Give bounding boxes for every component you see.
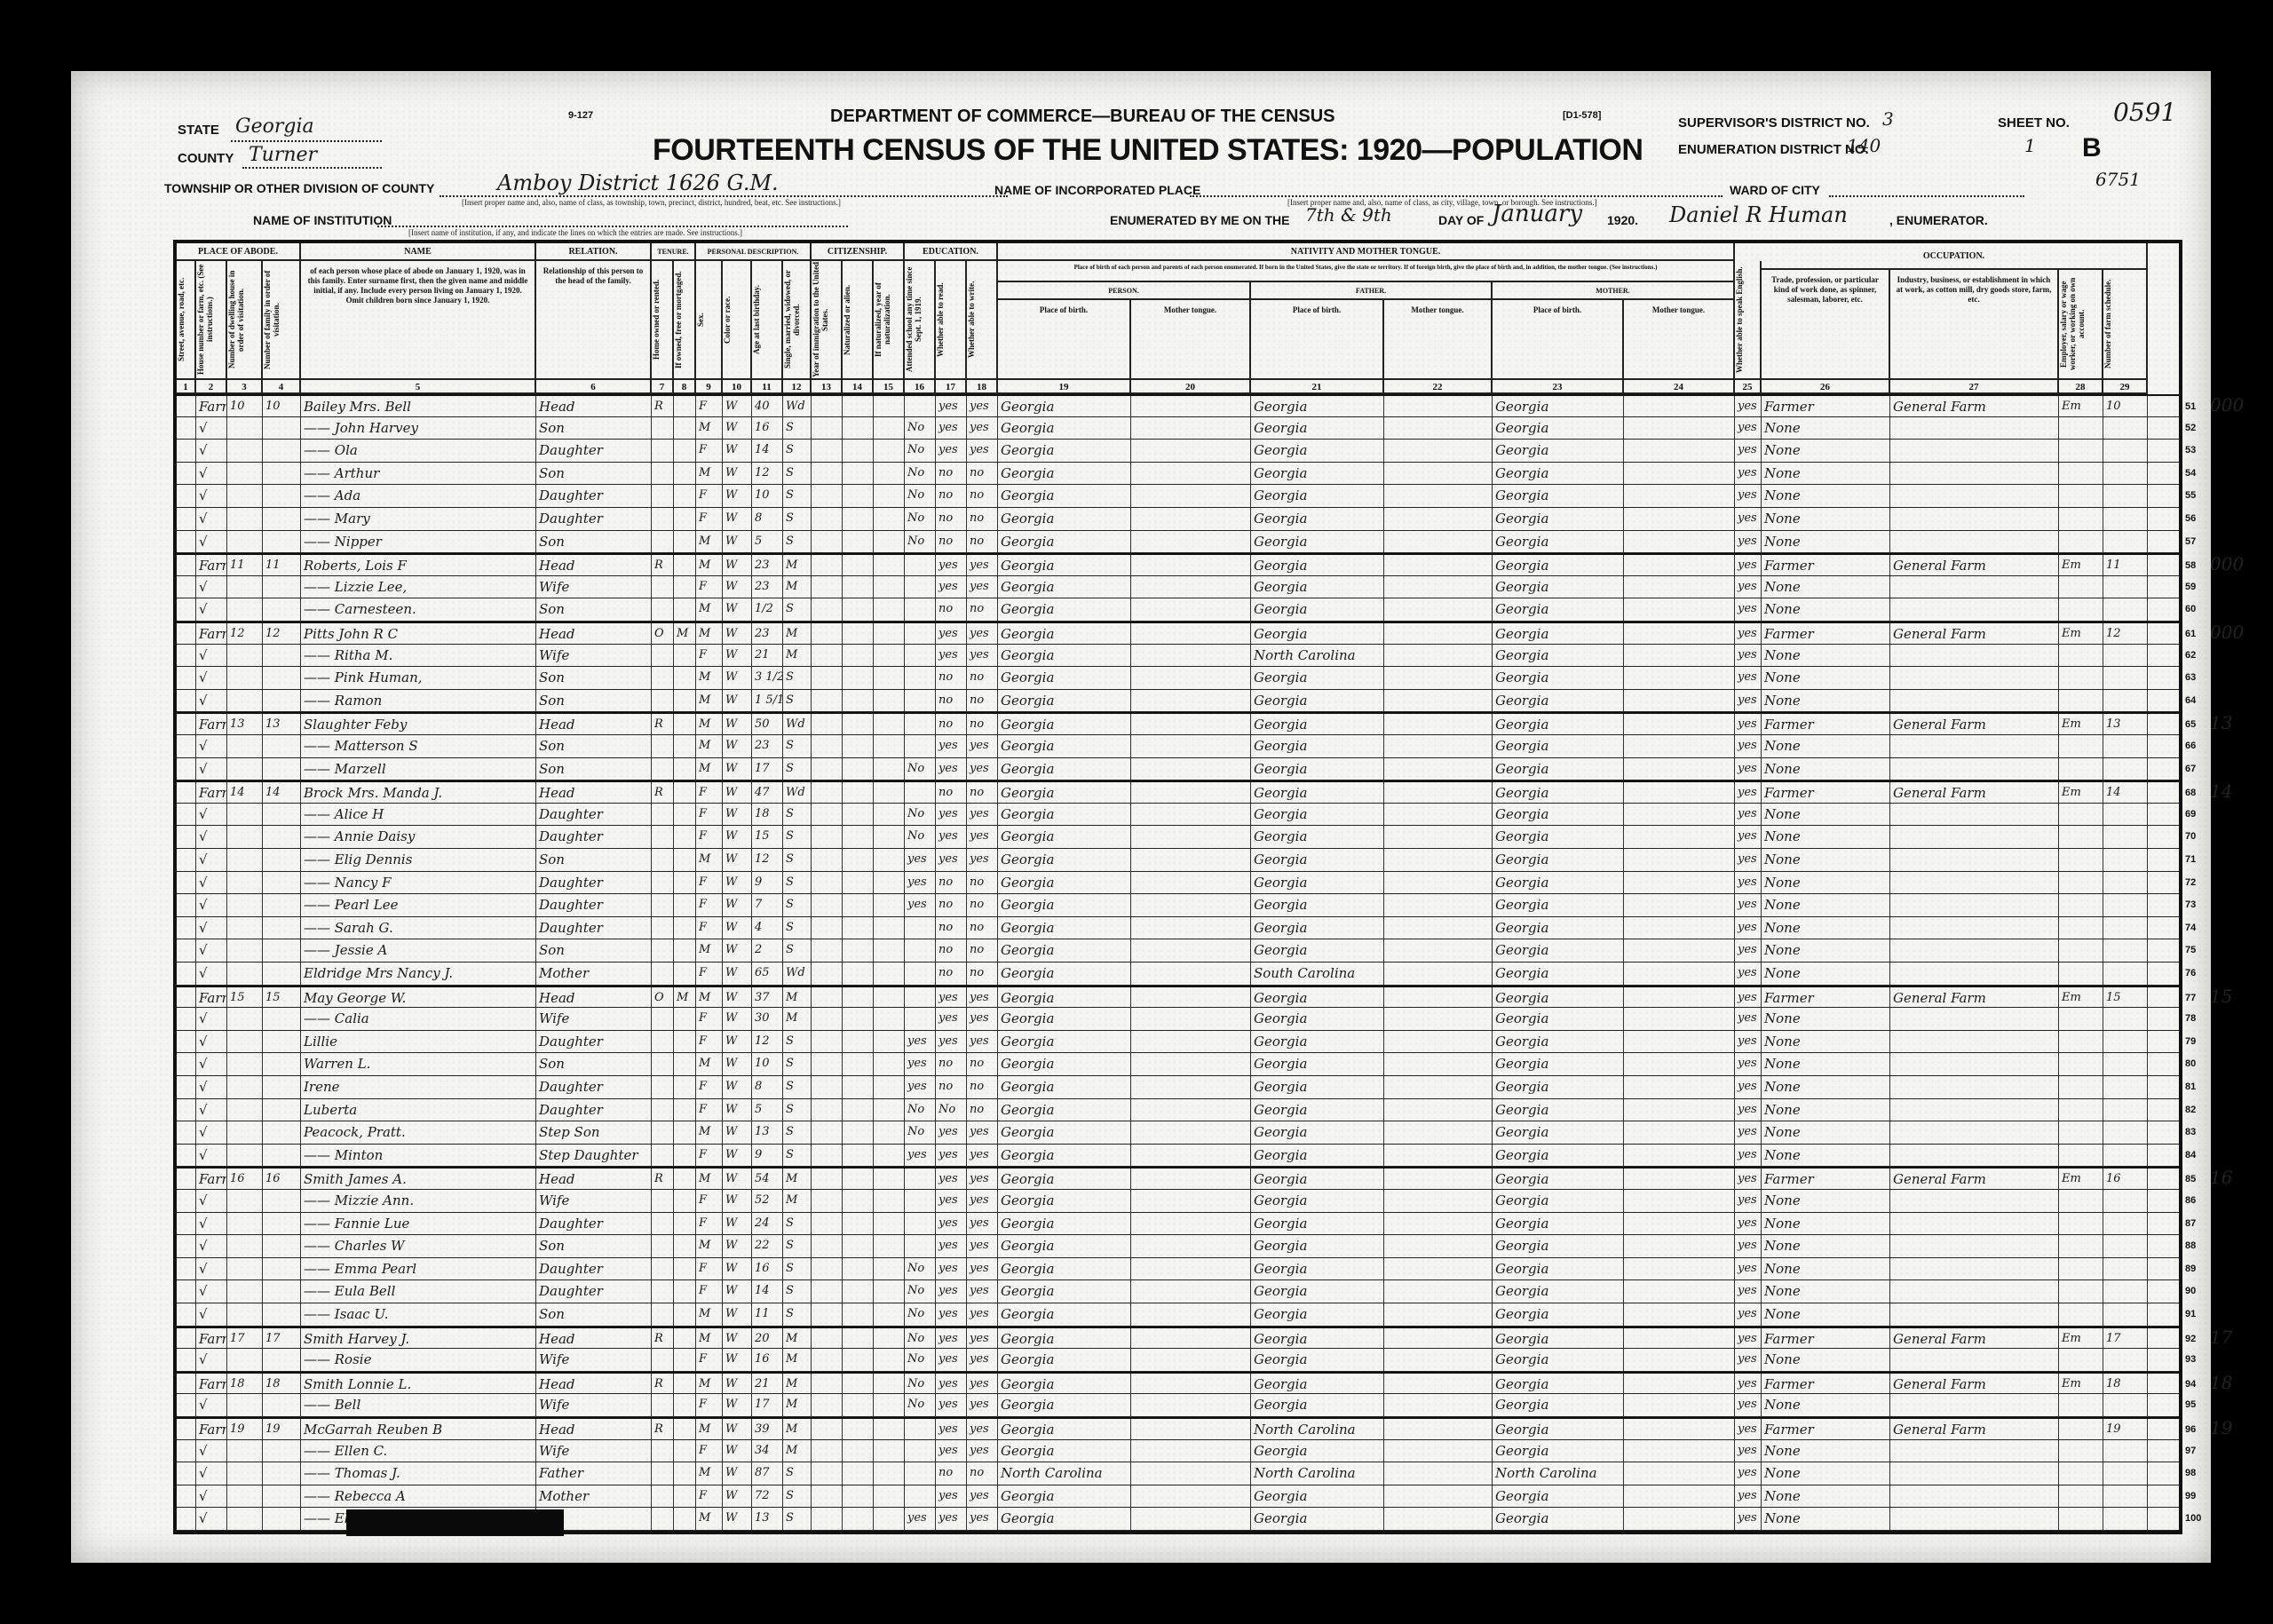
cell-mar: S bbox=[783, 939, 812, 962]
cell-bp: Georgia bbox=[998, 963, 1131, 985]
cell-c7 bbox=[652, 690, 674, 712]
cell-fbp: Georgia bbox=[1251, 690, 1384, 712]
cell-c4 bbox=[263, 735, 301, 757]
cell-c17: no bbox=[936, 872, 967, 894]
cell-c4 bbox=[263, 939, 301, 962]
cell-c18: yes bbox=[967, 1303, 998, 1326]
cell-c20 bbox=[1131, 667, 1251, 689]
cell-age: 12 bbox=[752, 463, 783, 485]
cell-c13 bbox=[812, 894, 843, 916]
cell-sex: M bbox=[696, 623, 723, 644]
cell-ind bbox=[1890, 872, 2059, 894]
cell-farm: 12 bbox=[2103, 623, 2148, 644]
cell-fbp: North Carolina bbox=[1251, 645, 1384, 667]
cell-occ: Farmer bbox=[1762, 1168, 1890, 1189]
cell-rel: Wife bbox=[536, 1190, 652, 1212]
cell-rel: Daughter bbox=[536, 1280, 652, 1303]
cell-bp: Georgia bbox=[998, 714, 1131, 734]
cell-c4 bbox=[263, 1053, 301, 1075]
cell-c16 bbox=[905, 917, 936, 939]
cell-emp bbox=[2059, 1462, 2103, 1485]
cell-c7 bbox=[652, 1053, 674, 1075]
cell-occ: None bbox=[1762, 1008, 1890, 1030]
census-title: FOURTEENTH CENSUS OF THE UNITED STATES: … bbox=[653, 133, 1643, 168]
cell-eng: yes bbox=[1735, 714, 1762, 734]
cell-rel: Head bbox=[536, 396, 652, 416]
cell-rel: Daughter bbox=[536, 440, 652, 462]
cell-c15 bbox=[874, 531, 905, 553]
cell-c4: 17 bbox=[263, 1328, 301, 1349]
cell-c7: R bbox=[652, 396, 674, 416]
column-number: 1 bbox=[177, 380, 196, 394]
cell-eng: yes bbox=[1735, 1508, 1762, 1530]
cell-race: W bbox=[723, 1190, 752, 1212]
cell-fbp: Georgia bbox=[1251, 485, 1384, 507]
cell-mbp: Georgia bbox=[1493, 939, 1624, 962]
cell-fbp: Georgia bbox=[1251, 826, 1384, 848]
table-row: √—— RosieWifeFW16MNoyesyesGeorgiaGeorgia… bbox=[177, 1349, 2179, 1372]
group-personal: PERSONAL DESCRIPTION. bbox=[696, 243, 812, 261]
cell-age: 15 bbox=[752, 826, 783, 848]
cell-name: —— Ada bbox=[301, 485, 536, 507]
cell-c7 bbox=[652, 1031, 674, 1053]
cell-c15 bbox=[874, 872, 905, 894]
cell-c17: yes bbox=[936, 1008, 967, 1030]
cell-c15 bbox=[874, 849, 905, 871]
cell-age: 18 bbox=[752, 804, 783, 826]
column-header-label: House number or farm, etc. (See instruct… bbox=[196, 261, 214, 378]
cell-occ: None bbox=[1762, 1190, 1890, 1212]
cell-c16: yes bbox=[905, 1031, 936, 1053]
cell-sex: F bbox=[696, 1076, 723, 1098]
ward-label: WARD OF CITY bbox=[1730, 183, 1820, 197]
cell-c14 bbox=[843, 894, 874, 916]
cell-age: 16 bbox=[752, 1349, 783, 1371]
cell-c24 bbox=[1624, 667, 1735, 689]
cell-c13 bbox=[812, 963, 843, 985]
cell-eng: yes bbox=[1735, 963, 1762, 985]
cell-occ: Farmer bbox=[1762, 623, 1890, 644]
cell-c8 bbox=[674, 714, 696, 734]
table-row: Farm1616Smith James A.HeadRMW54MyesyesGe… bbox=[177, 1167, 2179, 1190]
cell-c22 bbox=[1384, 1099, 1493, 1121]
cell-c13 bbox=[812, 1213, 843, 1235]
cell-ind bbox=[1890, 826, 2059, 848]
cell-bp: Georgia bbox=[998, 1303, 1131, 1326]
cell-c18: no bbox=[967, 939, 998, 962]
cell-c14 bbox=[843, 804, 874, 826]
cell-mbp: Georgia bbox=[1493, 804, 1624, 826]
cell-c16: yes bbox=[905, 849, 936, 871]
cell-c7: R bbox=[652, 555, 674, 575]
cell-c15 bbox=[874, 1440, 905, 1462]
cell-c16 bbox=[905, 1419, 936, 1439]
cell-bp: Georgia bbox=[998, 1508, 1131, 1530]
cell-c7 bbox=[652, 1280, 674, 1303]
cell-race: W bbox=[723, 1349, 752, 1371]
cell-c16: No bbox=[905, 1374, 936, 1394]
column-header-28: Employer, salary or wage worker, or work… bbox=[2059, 270, 2103, 380]
cell-eng: yes bbox=[1735, 849, 1762, 871]
sheet-label: SHEET NO. bbox=[1998, 115, 2070, 131]
cell-c16: No bbox=[905, 1121, 936, 1144]
line-number: 66 bbox=[2185, 741, 2196, 751]
column-header-2: House number or farm, etc. (See instruct… bbox=[196, 261, 227, 380]
cell-sex: F bbox=[696, 1190, 723, 1212]
cell-mbp: Georgia bbox=[1493, 508, 1624, 530]
cell-race: W bbox=[723, 1235, 752, 1257]
cell-c13 bbox=[812, 1121, 843, 1144]
cell-c2: √ bbox=[196, 1099, 227, 1121]
cell-eng: yes bbox=[1735, 1053, 1762, 1075]
cell-bp: Georgia bbox=[998, 576, 1131, 598]
cell-rel: Daughter bbox=[536, 1258, 652, 1280]
cell-bp: Georgia bbox=[998, 1031, 1131, 1053]
cell-c8 bbox=[674, 1099, 696, 1121]
cell-c7: R bbox=[652, 782, 674, 803]
cell-age: 40 bbox=[752, 396, 783, 416]
cell-c22 bbox=[1384, 1485, 1493, 1508]
cell-c24 bbox=[1624, 485, 1735, 507]
cell-c20 bbox=[1131, 576, 1251, 598]
cell-c1 bbox=[177, 690, 196, 712]
cell-c22 bbox=[1384, 1121, 1493, 1144]
cell-bp: Georgia bbox=[998, 485, 1131, 507]
column-number: 19 bbox=[998, 380, 1131, 394]
cell-bp: Georgia bbox=[998, 417, 1131, 440]
cell-c1 bbox=[177, 623, 196, 644]
cell-c14 bbox=[843, 1258, 874, 1280]
cell-c16: yes bbox=[905, 872, 936, 894]
cell-emp bbox=[2059, 894, 2103, 916]
cell-farm bbox=[2103, 440, 2148, 462]
cell-c8 bbox=[674, 1508, 696, 1530]
cell-farm bbox=[2103, 463, 2148, 485]
column-header-16: Attended school any time since Sept. 1, … bbox=[905, 261, 936, 380]
cell-c24 bbox=[1624, 987, 1735, 1008]
cell-c14 bbox=[843, 987, 874, 1008]
cell-farm bbox=[2103, 598, 2148, 621]
cell-c24 bbox=[1624, 1099, 1735, 1121]
cell-c8 bbox=[674, 1349, 696, 1371]
cell-c17: no bbox=[936, 667, 967, 689]
cell-age: 72 bbox=[752, 1485, 783, 1508]
cell-c24 bbox=[1624, 1145, 1735, 1167]
cell-mar: S bbox=[783, 917, 812, 939]
cell-c1 bbox=[177, 1440, 196, 1462]
cell-c16 bbox=[905, 555, 936, 575]
cell-c20 bbox=[1131, 758, 1251, 780]
cell-c2: √ bbox=[196, 894, 227, 916]
cell-c17: yes bbox=[936, 1235, 967, 1257]
line-number: 51 bbox=[2185, 401, 2196, 412]
column-number: 25 bbox=[1735, 380, 1762, 394]
cell-c15 bbox=[874, 1303, 905, 1326]
cell-farm bbox=[2103, 804, 2148, 826]
cell-rel: Son bbox=[536, 1053, 652, 1075]
cell-bp: Georgia bbox=[998, 623, 1131, 644]
cell-sex: M bbox=[696, 1168, 723, 1189]
cell-c7: O bbox=[652, 623, 674, 644]
cell-race: W bbox=[723, 1303, 752, 1326]
cell-fbp: Georgia bbox=[1251, 508, 1384, 530]
cell-c3 bbox=[227, 463, 263, 485]
cell-race: W bbox=[723, 804, 752, 826]
table-row: √—— Fannie LueDaughterFW24SyesyesGeorgia… bbox=[177, 1213, 2179, 1236]
cell-c24 bbox=[1624, 576, 1735, 598]
cell-c14 bbox=[843, 714, 874, 734]
column-number: 13 bbox=[812, 380, 843, 394]
cell-c4 bbox=[263, 894, 301, 916]
cell-c3: 16 bbox=[227, 1168, 263, 1189]
cell-c8 bbox=[674, 1145, 696, 1167]
cell-fbp: Georgia bbox=[1251, 872, 1384, 894]
cell-rel: Wife bbox=[536, 1440, 652, 1462]
cell-name: —— Eula Bell bbox=[301, 1280, 536, 1303]
cell-c3 bbox=[227, 576, 263, 598]
column-header-label: Industry, business, or establishment in … bbox=[1890, 270, 2057, 310]
cell-c7 bbox=[652, 1145, 674, 1167]
cell-c20 bbox=[1131, 1235, 1251, 1257]
column-header-25: Whether able to speak English. bbox=[1735, 261, 1762, 380]
cell-c18: no bbox=[967, 1076, 998, 1098]
cell-farm bbox=[2103, 1485, 2148, 1508]
table-row: √—— MintonStep DaughterFW9SyesyesyesGeor… bbox=[177, 1145, 2179, 1168]
cell-race: W bbox=[723, 1440, 752, 1462]
cell-c13 bbox=[812, 849, 843, 871]
cell-ind bbox=[1890, 1485, 2059, 1508]
cell-c3 bbox=[227, 939, 263, 962]
cell-name: —— Lizzie Lee, bbox=[301, 576, 536, 598]
cell-bp: Georgia bbox=[998, 1213, 1131, 1235]
cell-fbp: Georgia bbox=[1251, 555, 1384, 575]
cell-sex: M bbox=[696, 1374, 723, 1394]
cell-occ: None bbox=[1762, 939, 1890, 962]
column-number: 28 bbox=[2059, 380, 2103, 394]
cell-rel: Head bbox=[536, 1328, 652, 1349]
cell-occ: None bbox=[1762, 1099, 1890, 1121]
cell-ind bbox=[1890, 667, 2059, 689]
cell-sex: F bbox=[696, 1485, 723, 1508]
cell-c15 bbox=[874, 555, 905, 575]
column-header-8: If owned, free or mortgaged. bbox=[674, 261, 696, 380]
cell-c14 bbox=[843, 1349, 874, 1371]
cell-c24 bbox=[1624, 1190, 1735, 1212]
cell-sex: F bbox=[696, 1099, 723, 1121]
enumerator-label: , ENUMERATOR. bbox=[1889, 213, 1988, 227]
cell-c18: no bbox=[967, 485, 998, 507]
cell-c7 bbox=[652, 872, 674, 894]
cell-fbp: Georgia bbox=[1251, 1053, 1384, 1075]
cell-c14 bbox=[843, 758, 874, 780]
cell-c22 bbox=[1384, 963, 1493, 985]
line-number: 100 bbox=[2185, 1513, 2201, 1524]
cell-rel: Son bbox=[536, 849, 652, 871]
cell-mar: S bbox=[783, 598, 812, 621]
cell-emp bbox=[2059, 1258, 2103, 1280]
cell-c13 bbox=[812, 1258, 843, 1280]
margin-note: 16 bbox=[2210, 1167, 2232, 1188]
margin-note: 17 bbox=[2210, 1327, 2232, 1348]
cell-c16: No bbox=[905, 758, 936, 780]
cell-c8 bbox=[674, 485, 696, 507]
cell-mbp: Georgia bbox=[1493, 531, 1624, 553]
cell-name: —— Emma Pearl bbox=[301, 1258, 536, 1280]
cell-c1 bbox=[177, 555, 196, 575]
enumerated-label: ENUMERATED BY ME ON THE bbox=[1110, 213, 1290, 227]
cell-race: W bbox=[723, 1031, 752, 1053]
table-row: √—— Alice HDaughterFW18SNoyesyesGeorgiaG… bbox=[177, 804, 2179, 827]
cell-race: W bbox=[723, 1394, 752, 1416]
cell-mar: S bbox=[783, 804, 812, 826]
table-row: √IreneDaughterFW8SyesnonoGeorgiaGeorgiaG… bbox=[177, 1076, 2179, 1099]
cell-c13 bbox=[812, 531, 843, 553]
cell-c8 bbox=[674, 1190, 696, 1212]
cell-c24 bbox=[1624, 849, 1735, 871]
cell-race: W bbox=[723, 555, 752, 575]
cell-c20 bbox=[1131, 987, 1251, 1008]
cell-fbp: Georgia bbox=[1251, 1508, 1384, 1530]
cell-occ: Farmer bbox=[1762, 1328, 1890, 1349]
cell-ind bbox=[1890, 1008, 2059, 1030]
cell-farm bbox=[2103, 872, 2148, 894]
cell-eng: yes bbox=[1735, 735, 1762, 757]
cell-c14 bbox=[843, 1168, 874, 1189]
cell-sex: M bbox=[696, 1508, 723, 1530]
cell-c18: yes bbox=[967, 1374, 998, 1394]
cell-mbp: Georgia bbox=[1493, 1235, 1624, 1257]
cell-c17: no bbox=[936, 690, 967, 712]
cell-c15 bbox=[874, 1031, 905, 1053]
cell-c17: no bbox=[936, 1462, 967, 1485]
column-header-14: Naturalized or alien. bbox=[843, 261, 874, 380]
line-number: 60 bbox=[2185, 604, 2196, 614]
cell-farm bbox=[2103, 1213, 2148, 1235]
cell-c7 bbox=[652, 463, 674, 485]
cell-c16: No bbox=[905, 440, 936, 462]
cell-fbp: Georgia bbox=[1251, 1303, 1384, 1326]
cell-c14 bbox=[843, 1053, 874, 1075]
cell-emp bbox=[2059, 1394, 2103, 1416]
cell-mbp: Georgia bbox=[1493, 1076, 1624, 1098]
cell-c4: 14 bbox=[263, 782, 301, 803]
cell-eng: yes bbox=[1735, 1485, 1762, 1508]
cell-c2: √ bbox=[196, 849, 227, 871]
state-value: Georgia bbox=[235, 115, 314, 138]
enumerated-day: 7th & 9th bbox=[1305, 204, 1392, 226]
cell-eng: yes bbox=[1735, 531, 1762, 553]
cell-c14 bbox=[843, 645, 874, 667]
cell-c24 bbox=[1624, 1258, 1735, 1280]
cell-c8 bbox=[674, 1076, 696, 1098]
cell-occ: None bbox=[1762, 485, 1890, 507]
cell-c15 bbox=[874, 396, 905, 416]
cell-c20 bbox=[1131, 1508, 1251, 1530]
column-number: 6 bbox=[536, 380, 652, 394]
cell-rel: Daughter bbox=[536, 1099, 652, 1121]
cell-c2: √ bbox=[196, 804, 227, 826]
cell-c14 bbox=[843, 463, 874, 485]
cell-mar: S bbox=[783, 1508, 812, 1530]
cell-c4 bbox=[263, 1485, 301, 1508]
cell-sex: F bbox=[696, 782, 723, 803]
cell-c13 bbox=[812, 1328, 843, 1349]
cell-c24 bbox=[1624, 804, 1735, 826]
cell-c4: 18 bbox=[263, 1374, 301, 1394]
cell-c22 bbox=[1384, 872, 1493, 894]
cell-farm bbox=[2103, 939, 2148, 962]
cell-mbp: Georgia bbox=[1493, 598, 1624, 621]
cell-c15 bbox=[874, 1235, 905, 1257]
cell-age: 52 bbox=[752, 1190, 783, 1212]
cell-eng: yes bbox=[1735, 417, 1762, 440]
cell-eng: yes bbox=[1735, 872, 1762, 894]
cell-c4 bbox=[263, 1145, 301, 1167]
cell-c2: Farm bbox=[196, 396, 227, 416]
cell-emp: Em bbox=[2059, 1328, 2103, 1349]
cell-emp: Em bbox=[2059, 987, 2103, 1008]
cell-race: W bbox=[723, 826, 752, 848]
cell-c7 bbox=[652, 1440, 674, 1462]
cell-fbp: Georgia bbox=[1251, 1280, 1384, 1303]
cell-c3 bbox=[227, 1258, 263, 1280]
cell-rel: Wife bbox=[536, 1394, 652, 1416]
cell-occ: None bbox=[1762, 1394, 1890, 1416]
cell-c17: yes bbox=[936, 826, 967, 848]
column-number: 27 bbox=[1890, 380, 2059, 394]
cell-c2: Farm bbox=[196, 987, 227, 1008]
cell-rel: Daughter bbox=[536, 1076, 652, 1098]
cell-emp bbox=[2059, 1031, 2103, 1053]
cell-age: 39 bbox=[752, 1419, 783, 1439]
cell-c17: yes bbox=[936, 440, 967, 462]
cell-c1 bbox=[177, 1213, 196, 1235]
cell-c16 bbox=[905, 645, 936, 667]
column-header-label: If owned, free or mortgaged. bbox=[674, 261, 683, 378]
cell-c20 bbox=[1131, 917, 1251, 939]
cell-c4 bbox=[263, 963, 301, 985]
cell-c13 bbox=[812, 939, 843, 962]
cell-sex: F bbox=[696, 396, 723, 416]
cell-c7 bbox=[652, 531, 674, 553]
cell-c20 bbox=[1131, 804, 1251, 826]
cell-mbp: Georgia bbox=[1493, 917, 1624, 939]
cell-ind bbox=[1890, 485, 2059, 507]
cell-c2: √ bbox=[196, 963, 227, 985]
cell-c8 bbox=[674, 1419, 696, 1439]
cell-c8 bbox=[674, 1280, 696, 1303]
cell-rel: Daughter bbox=[536, 917, 652, 939]
cell-c18: yes bbox=[967, 1235, 998, 1257]
cell-farm bbox=[2103, 690, 2148, 712]
cell-name: —— Calia bbox=[301, 1008, 536, 1030]
cell-c18: no bbox=[967, 598, 998, 621]
cell-farm: 19 bbox=[2103, 1419, 2148, 1439]
table-row: √—— Emma PearlDaughterFW16SNoyesyesGeorg… bbox=[177, 1258, 2179, 1281]
cell-mbp: Georgia bbox=[1493, 758, 1624, 780]
cell-c1 bbox=[177, 1053, 196, 1075]
cell-c15 bbox=[874, 826, 905, 848]
cell-mar: M bbox=[783, 1440, 812, 1462]
cell-c18: yes bbox=[967, 1280, 998, 1303]
column-number: 8 bbox=[674, 380, 696, 394]
cell-farm: 16 bbox=[2103, 1168, 2148, 1189]
cell-c16: yes bbox=[905, 894, 936, 916]
cell-farm bbox=[2103, 1076, 2148, 1098]
cell-c13 bbox=[812, 1008, 843, 1030]
cell-c7 bbox=[652, 508, 674, 530]
cell-ind: General Farm bbox=[1890, 396, 2059, 416]
